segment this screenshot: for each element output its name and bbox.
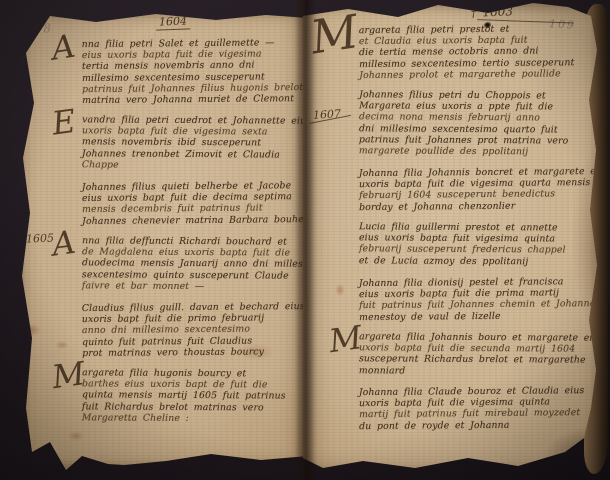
left-page: 108 1604 1605 Anna filia petri Salet et … xyxy=(16,8,308,474)
baptism-entry: Johanna filia Claude bouroz et Claudia e… xyxy=(359,385,603,432)
flourish-initial: E xyxy=(50,105,77,140)
entry-line: Johannes prolot et margarethe poullide xyxy=(359,68,603,81)
cross-mark-icon: † xyxy=(471,7,477,20)
entries-right: Margareta filia petri prestot etet Claud… xyxy=(359,24,603,441)
entry-line: Chappe xyxy=(82,159,308,172)
entry-line: margarete poullide des ppolitanij xyxy=(359,145,603,158)
baptism-entry: Johannes filius petri du Choppois etMarg… xyxy=(359,89,603,158)
baptism-entry: Johannes filius quieti belherbe et Jacob… xyxy=(82,180,308,227)
entry-line: Margaretta Cheline : xyxy=(82,412,308,425)
entry-line: fuit patrinus fuit Johannes chemin et Jo… xyxy=(359,298,603,311)
flourish-initial: A xyxy=(50,226,77,261)
entry-line: millesimo sexcentesimo tertio susceperun… xyxy=(359,57,603,70)
entry-line: susceperunt Richardus brelot et margaret… xyxy=(359,353,603,366)
baptism-entry: Johanna filia dionisij pestel et francis… xyxy=(359,276,603,323)
year-header-right-text: 1603 xyxy=(482,4,513,19)
flourish-initial: M xyxy=(308,8,361,60)
right-page: 109 †1603 1607 Margareta filia petri pre… xyxy=(303,0,603,478)
baptism-entry: Johanna filia Johannis boncret et margar… xyxy=(359,166,603,213)
baptism-entry: Anna filia petri Salet et guillemette —e… xyxy=(82,37,308,106)
entry-line: duodecima mensis Januarij anno dni mille… xyxy=(82,258,308,271)
entry-line: monniard xyxy=(359,365,603,378)
entry-line: menestoy de vaul de lizelle xyxy=(359,309,603,322)
entry-line: et de Lucia azmoy des ppolitanij xyxy=(359,255,603,268)
baptism-entry: Evandra filia petri cuedrot et Johannett… xyxy=(82,115,308,172)
manuscript-photo: 108 1604 1605 Anna filia petri Salet et … xyxy=(0,0,610,480)
entries-left: Anna filia petri Salet et guillemette —e… xyxy=(82,38,308,434)
year-header-left: 1604 xyxy=(156,14,191,30)
margin-year-note-1607: 1607 xyxy=(313,107,342,121)
entry-line: matrina vero Johanna muriet de Clemont xyxy=(82,93,308,106)
entry-line: faivre et bar monnet — xyxy=(82,280,308,293)
entry-line: quinta mensis martij 1605 fuit patrinus xyxy=(82,390,308,403)
entry-line: du pont de royde et Johanna xyxy=(359,419,603,432)
entry-line: Johannes chenevier matrina Barbara bouhe… xyxy=(82,214,308,227)
flourish-initial: M xyxy=(50,357,87,393)
baptism-entry: Margareta filia hugonis bourcy etbarthes… xyxy=(82,367,308,424)
baptism-entry: Lucia filia guillermi prestot et annette… xyxy=(359,221,603,267)
year-header-right: †1603 xyxy=(471,4,514,19)
baptism-entry: Margareta filia petri prestot etet Claud… xyxy=(359,23,603,81)
entry-line: borday et Johanna chenzonlier xyxy=(359,200,603,213)
baptism-entry: Claudius filius guill. davan et bechard … xyxy=(82,301,308,359)
flourish-initial: M xyxy=(327,321,364,357)
baptism-entry: Anna filia deffuncti Richardi bouchard e… xyxy=(82,235,308,292)
flourish-initial: A xyxy=(50,30,78,65)
entry-line: prot matrinas vero thoustas bourcy xyxy=(82,346,308,359)
baptism-entry: Margareta filia Johannis bouro et margar… xyxy=(359,331,603,377)
